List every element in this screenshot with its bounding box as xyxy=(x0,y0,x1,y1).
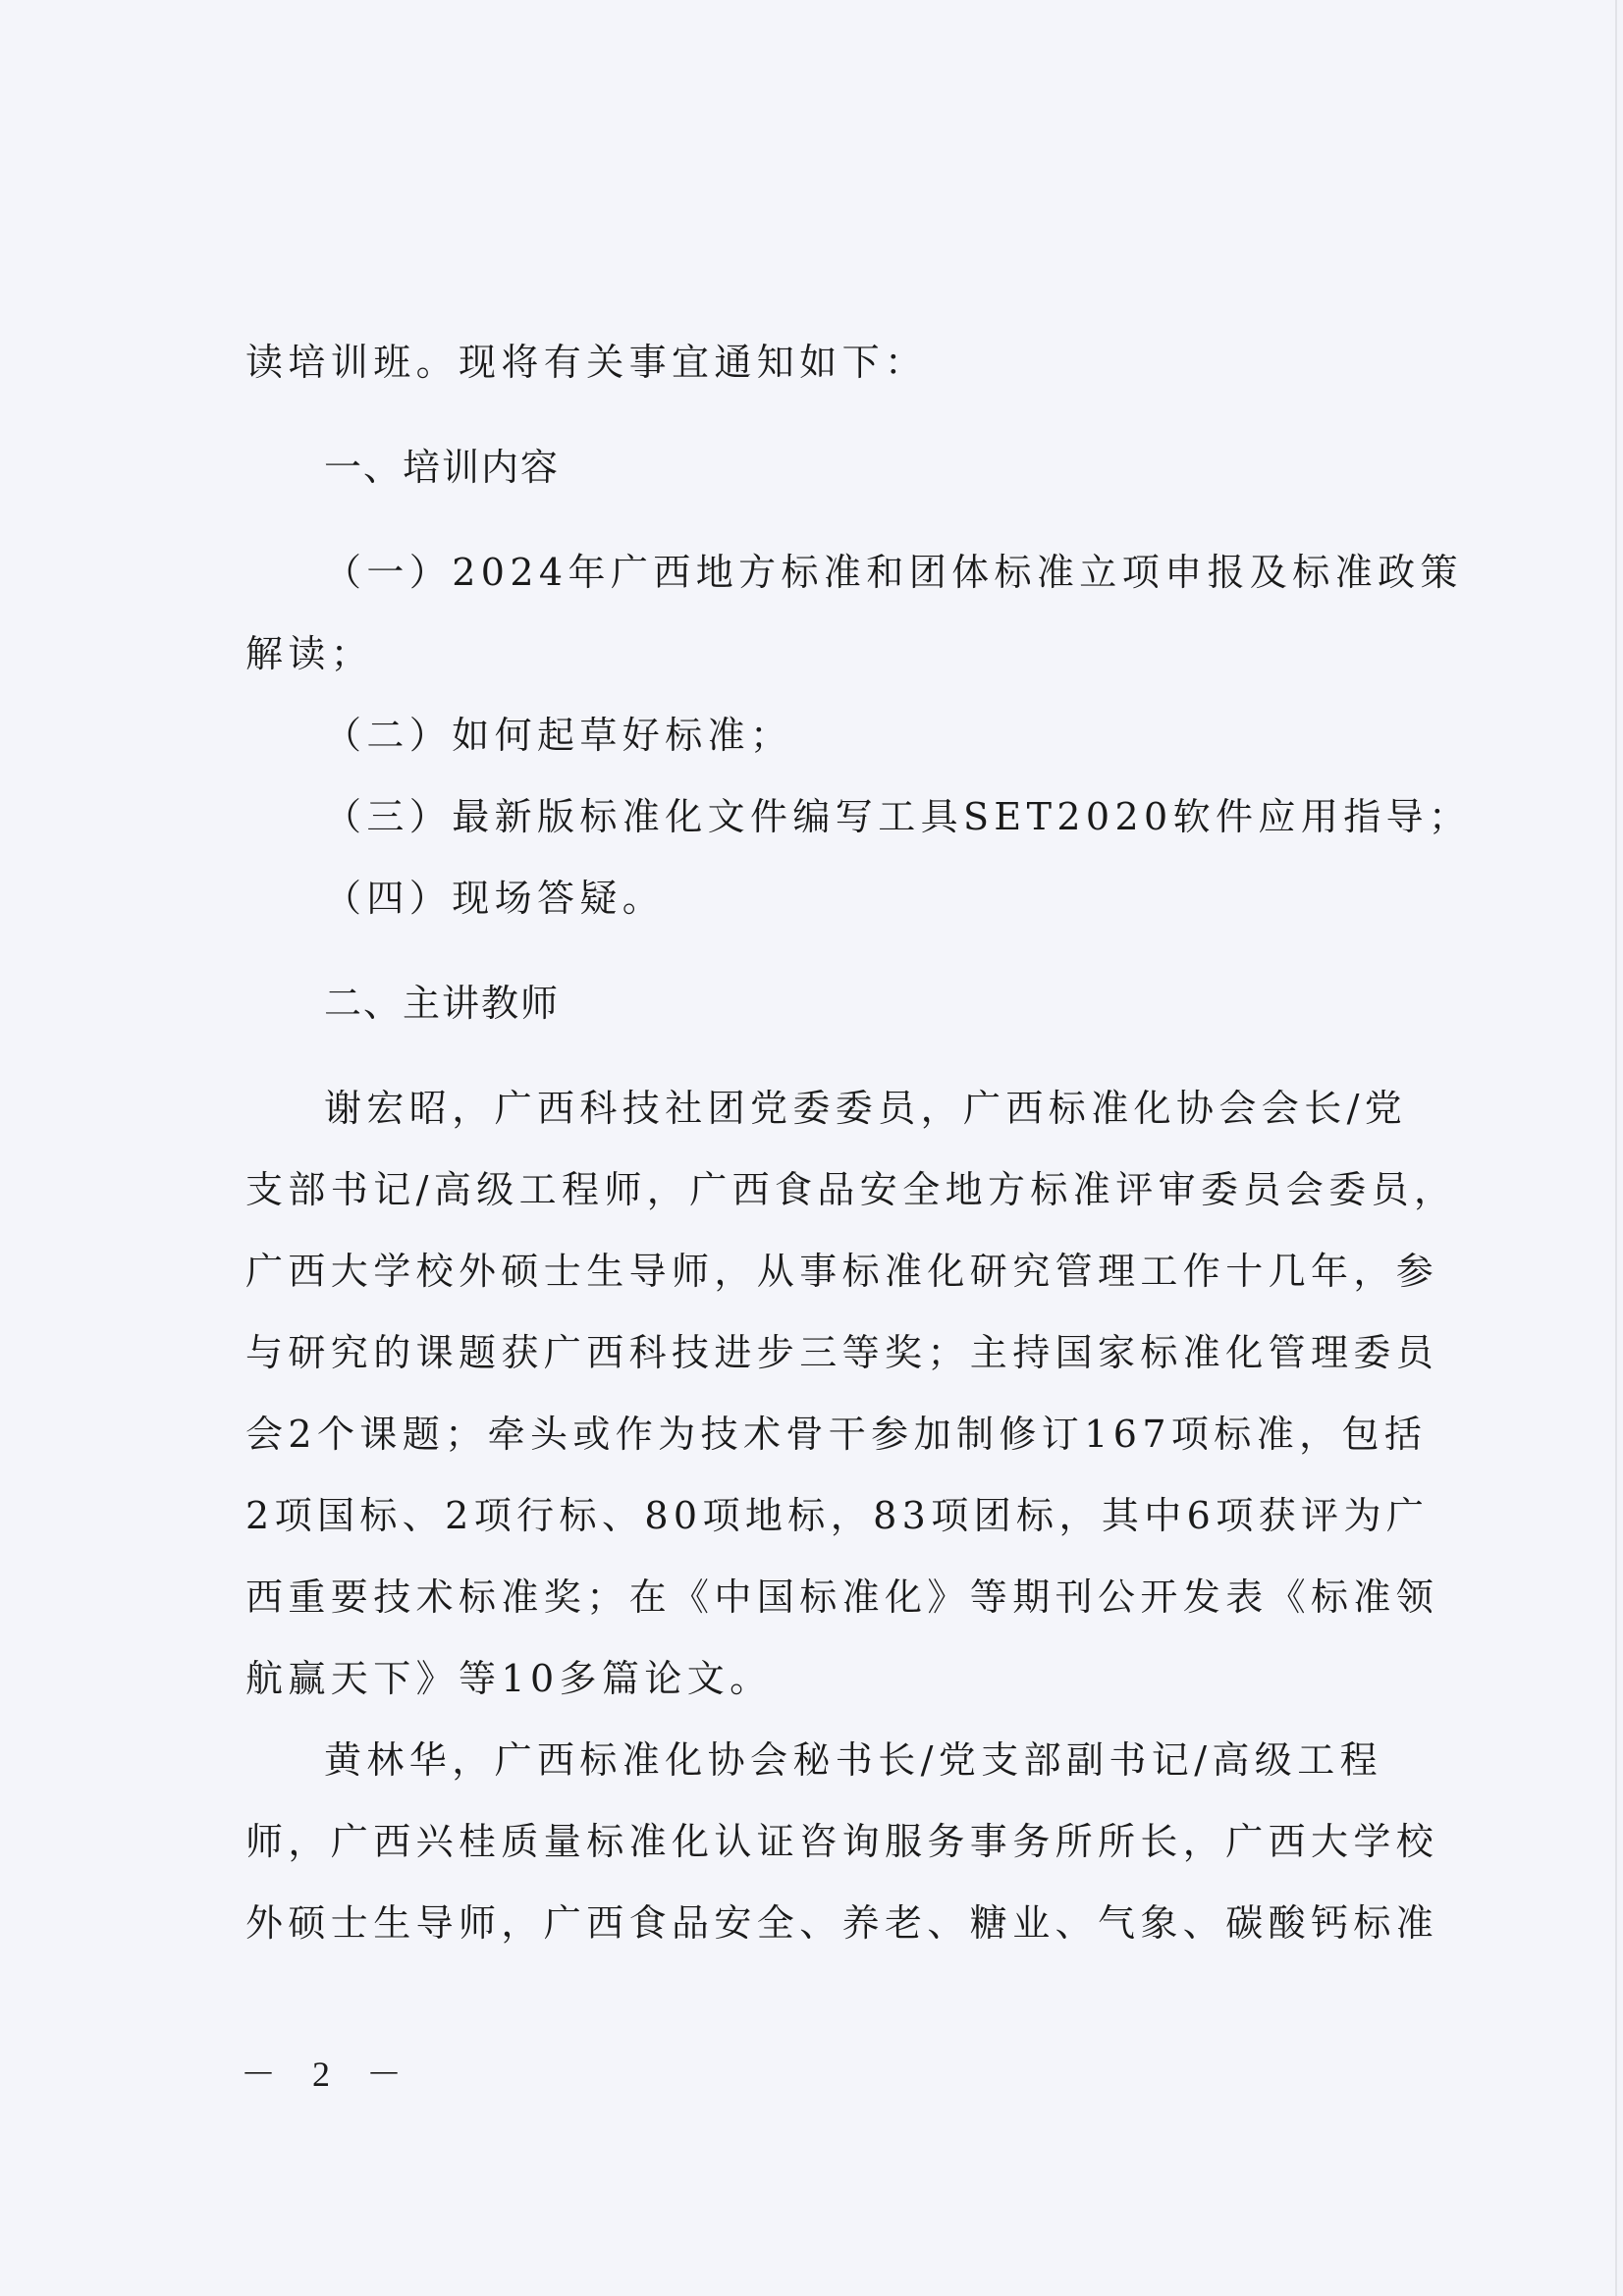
list-item: （四）现场答疑。 xyxy=(245,858,1399,939)
paragraph-line: 2项国标、2项行标、80项地标，83项团标，其中6项获评为广 xyxy=(245,1475,1399,1557)
training-content-list: （一）2024年广西地方标准和团体标准立项申报及标准政策 解读； （二）如何起草… xyxy=(245,532,1399,939)
paragraph-line: 黄林华，广西标准化协会秘书长/党支部副书记/高级工程 xyxy=(245,1720,1399,1801)
paragraph-line: 外硕士生导师，广西食品安全、养老、糖业、气象、碳酸钙标准 xyxy=(245,1883,1399,1964)
list-item: （二）如何起草好标准； xyxy=(245,695,1399,776)
opening-line: 读培训班。现将有关事宜通知如下： xyxy=(245,322,1399,403)
paragraph-line: 西重要技术标准奖；在《中国标准化》等期刊公开发表《标准领 xyxy=(245,1557,1399,1638)
document-body: 读培训班。现将有关事宜通知如下： 一、培训内容 （一）2024年广西地方标准和团… xyxy=(245,322,1399,1964)
paragraph-line: 广西大学校外硕士生导师，从事标准化研究管理工作十几年，参 xyxy=(245,1231,1399,1312)
paragraph-line: 谢宏昭，广西科技社团党委委员，广西标准化协会会长/党 xyxy=(245,1068,1399,1149)
lecturer-bio-huang: 黄林华，广西标准化协会秘书长/党支部副书记/高级工程 师，广西兴桂质量标准化认证… xyxy=(245,1720,1399,1964)
list-item-continuation: 解读； xyxy=(245,614,1399,695)
paragraph-line: 师，广西兴桂质量标准化认证咨询服务事务所所长，广西大学校 xyxy=(245,1801,1399,1883)
paragraph-line: 航赢天下》等10多篇论文。 xyxy=(245,1638,1399,1720)
document-page: 读培训班。现将有关事宜通知如下： 一、培训内容 （一）2024年广西地方标准和团… xyxy=(0,0,1617,2296)
section-heading-training-content: 一、培训内容 xyxy=(245,427,1399,508)
list-item: （一）2024年广西地方标准和团体标准立项申报及标准政策 xyxy=(245,532,1399,614)
lecturer-bio-xie: 谢宏昭，广西科技社团党委委员，广西标准化协会会长/党 支部书记/高级工程师，广西… xyxy=(245,1068,1399,1720)
page-number: － 2 － xyxy=(241,2047,415,2097)
paragraph-line: 会2个课题；牵头或作为技术骨干参加制修订167项标准，包括 xyxy=(245,1394,1399,1475)
section-heading-lecturers: 二、主讲教师 xyxy=(245,963,1399,1044)
list-item: （三）最新版标准化文件编写工具SET2020软件应用指导； xyxy=(245,776,1399,858)
paragraph-line: 与研究的课题获广西科技进步三等奖；主持国家标准化管理委员 xyxy=(245,1312,1399,1394)
paragraph-line: 支部书记/高级工程师，广西食品安全地方标准评审委员会委员， xyxy=(245,1149,1399,1231)
